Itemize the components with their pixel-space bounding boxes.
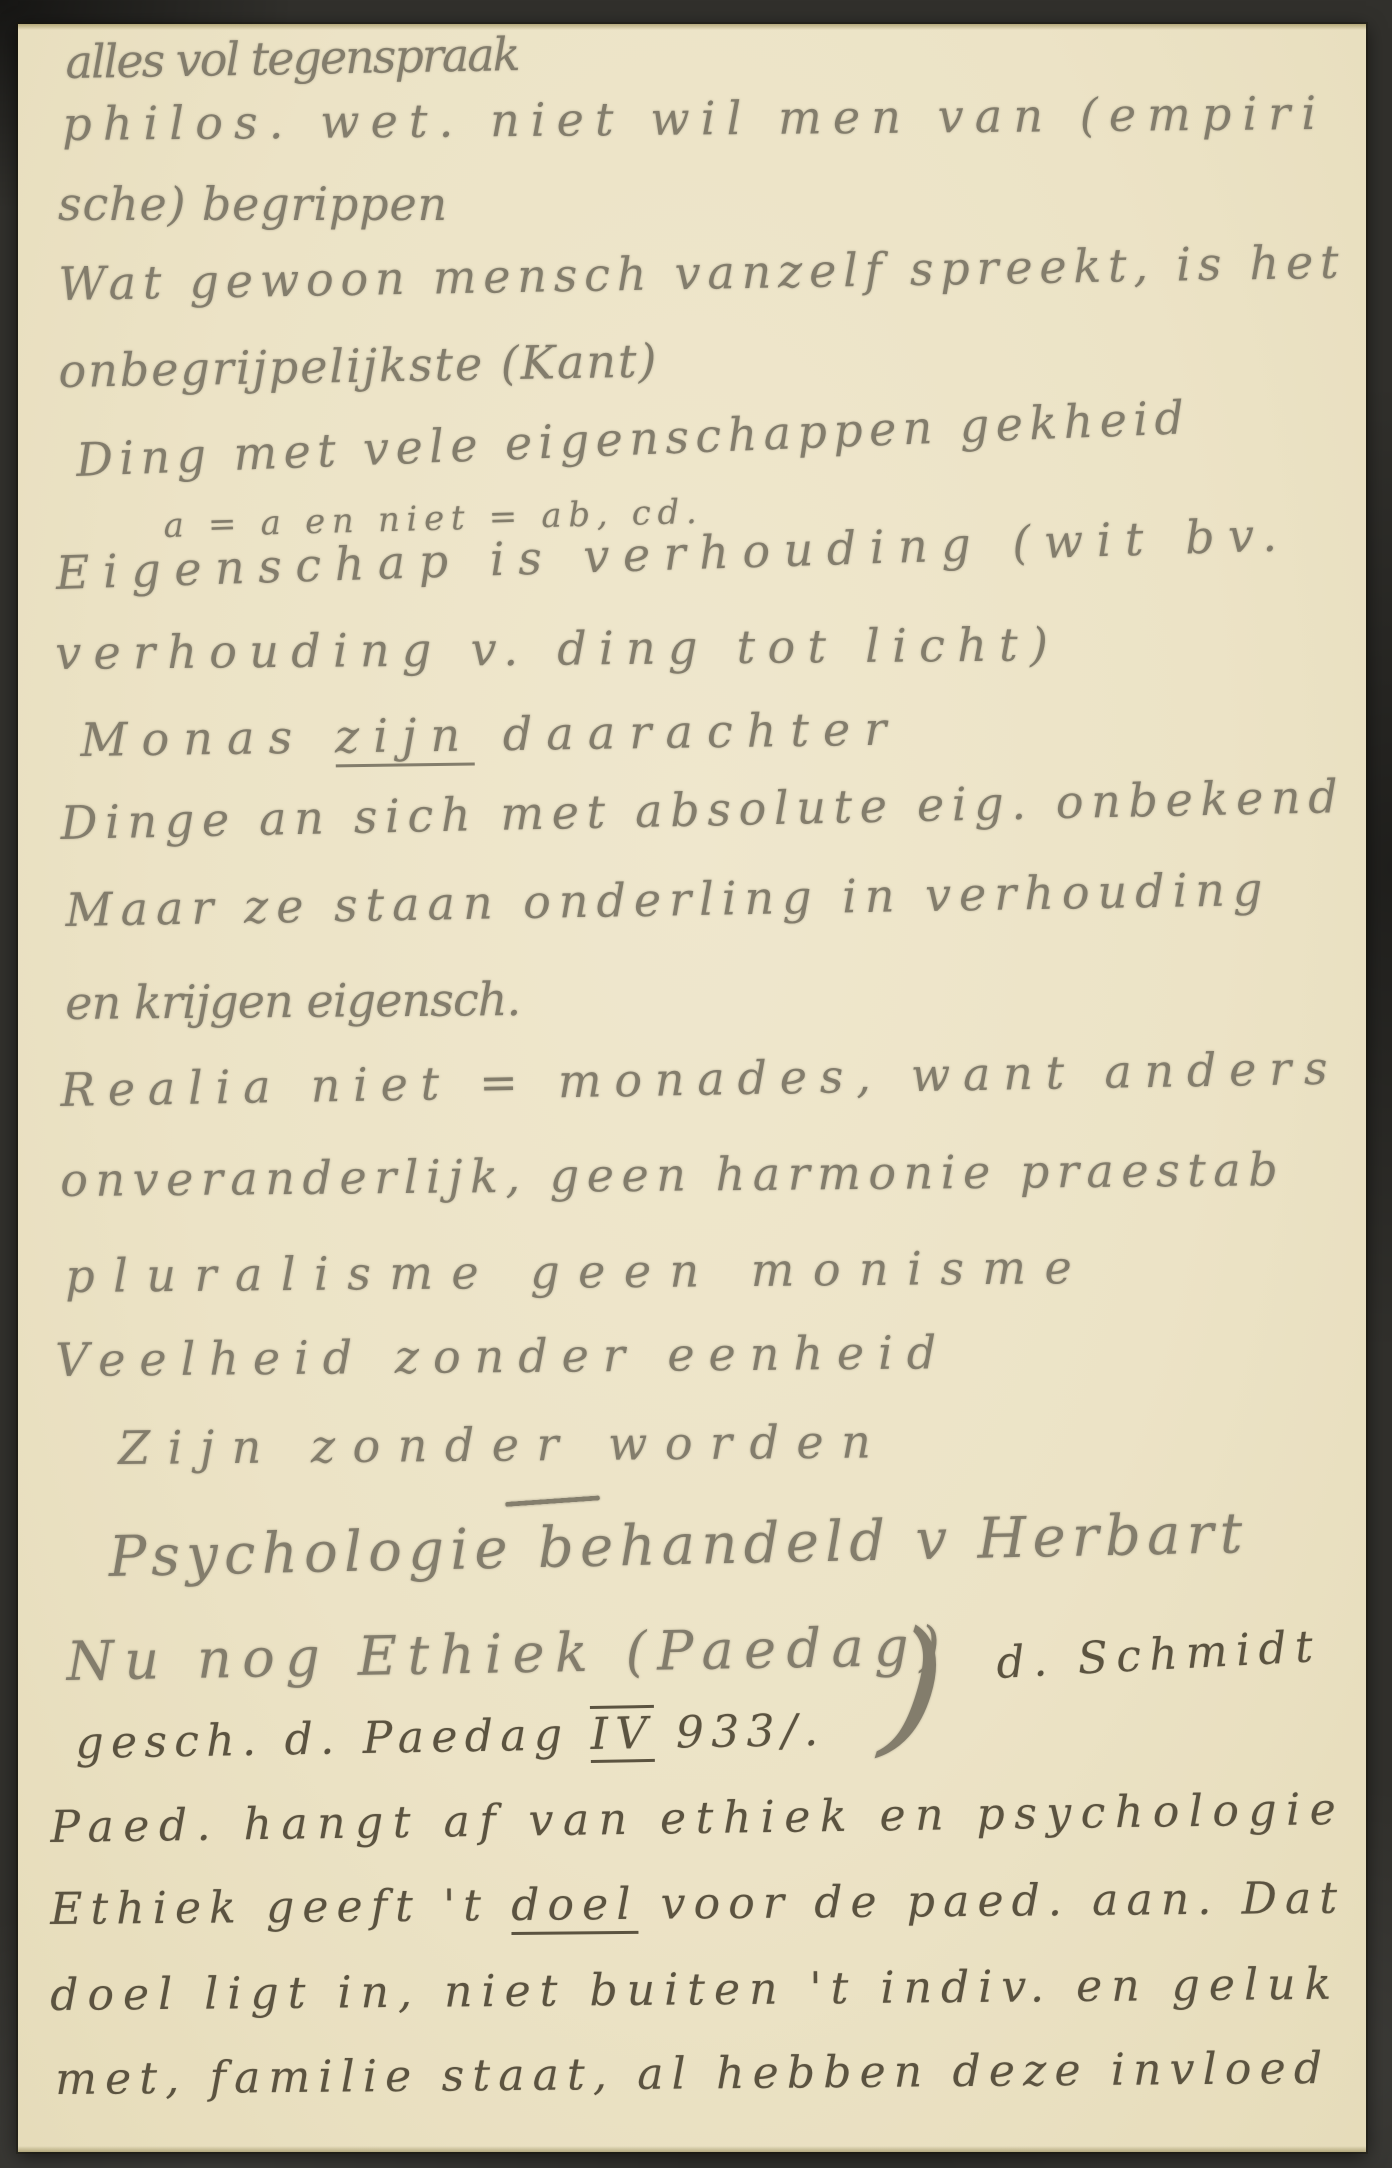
- handwritten-line-25: doel ligt in, niet buiten 't indiv. en g…: [50, 1957, 1340, 2023]
- handwriting-layer: alles vol tegenspraakphilos. wet. niet w…: [0, 0, 1392, 2168]
- handwritten-line-21: d. Schmidt: [995, 1619, 1322, 1691]
- handwritten-line-4: Wat gewoon mensch vanzelf spreekt, is he…: [58, 234, 1346, 314]
- handwritten-line-20: Nu nog Ethiek (Paedag): [66, 1613, 951, 1696]
- handwritten-line-5: onbegrijpelijkste (Kant): [58, 333, 659, 401]
- handwritten-line-6: Ding met vele eigenschappen gekheid: [75, 389, 1191, 489]
- handwritten-line-3: sche) begrippen: [58, 176, 448, 234]
- handwritten-line-24: Ethiek geeft 't doel voor de paed. aan. …: [50, 1871, 1345, 1937]
- handwritten-line-12: Maar ze staan onderling in verhouding: [65, 861, 1271, 940]
- handwritten-line-22: gesch. d. Paedag IV 933/.: [75, 1703, 826, 1771]
- handwritten-line-26: met, familie staat, al hebben deze invlo…: [55, 2041, 1330, 2107]
- handwritten-line-19: Psychologie behandeld v Herbart: [108, 1499, 1249, 1593]
- handwritten-line-13: en krijgen eigensch.: [65, 971, 520, 1032]
- overline-dash-above-behandeld: [505, 1495, 600, 1507]
- handwritten-line-23: Paed. hangt af van ethiek en psychologie: [50, 1782, 1346, 1855]
- handwritten-line-18: Zijn zonder worden: [118, 1413, 888, 1477]
- handwritten-line-14: Realia niet = monades, want anders: [60, 1040, 1341, 1120]
- marked-word-IV: IV: [590, 1705, 655, 1763]
- handwritten-line-11: Dinge an sich met absolute eig. onbekend: [60, 768, 1346, 852]
- handwritten-line-2: philos. wet. niet wil men van (empiri: [62, 85, 1327, 154]
- marked-word-zijn: zijn: [335, 708, 475, 768]
- handwritten-line-10: Monas zijn daarachter: [80, 701, 901, 770]
- handwritten-line-1: alles vol tegenspraak: [65, 26, 519, 91]
- handwritten-line-9: verhouding v. ding tot licht): [55, 616, 1060, 682]
- marked-word-doel: doel: [511, 1879, 639, 1935]
- large-closing-paren: ): [878, 1618, 950, 1758]
- handwritten-line-15: onveranderlijk, geen harmonie praestab: [60, 1141, 1285, 1209]
- handwritten-line-16: pluralisme geen monisme: [65, 1239, 1090, 1305]
- handwritten-line-17: Veelheid zonder eenheid: [55, 1324, 950, 1389]
